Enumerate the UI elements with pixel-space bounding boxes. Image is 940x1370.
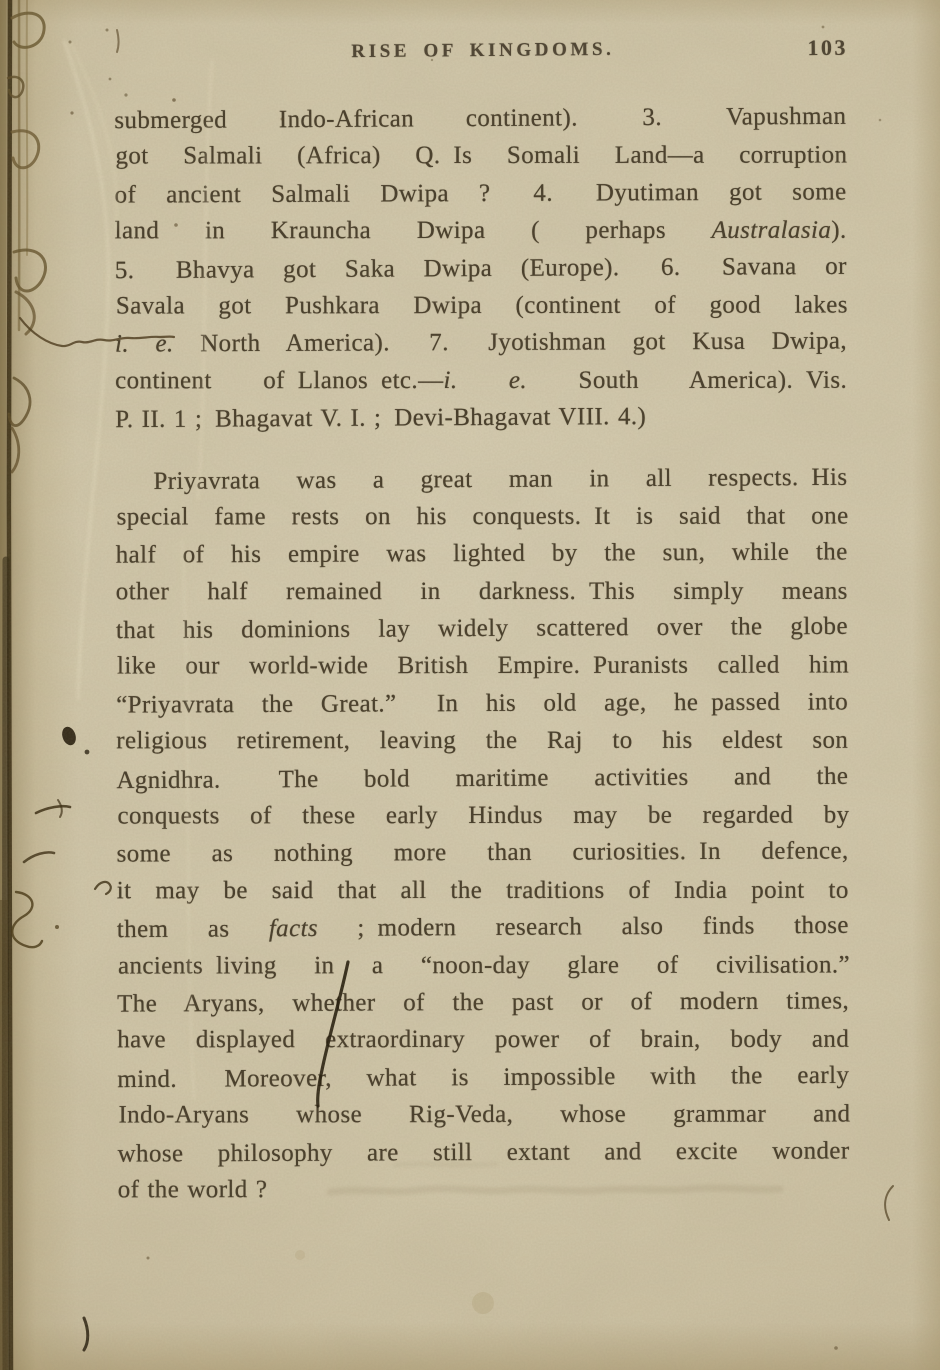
page-header: RISE OF KINGDOMS. 103 bbox=[118, 37, 848, 83]
text-segment: Indo-Aryans whose Rig-Veda, whose gramma… bbox=[118, 1101, 850, 1129]
text-line: got Salmali (Africa) Q. Is Somali Land—a… bbox=[115, 137, 847, 175]
text-segment: continent of Llanos etc.— bbox=[115, 367, 443, 394]
text-line: i. e. North America). 7. Jyotishman got … bbox=[115, 323, 847, 364]
text-line: of the world ? bbox=[118, 1171, 850, 1209]
text-segment: got Salmali (Africa) Q. Is Somali Land—a… bbox=[115, 142, 847, 170]
text-segment: conquests of these early Hindus may be r… bbox=[117, 802, 849, 830]
italic-text-segment: i. e. bbox=[115, 331, 174, 358]
text-segment: that his dominions lay widely scattered … bbox=[116, 613, 848, 644]
text-line: them as facts ; modern research also fin… bbox=[117, 907, 849, 949]
text-segment: The Aryans, whether of the past or of mo… bbox=[117, 987, 849, 1017]
text-line: continent of Llanos etc.—i. e. South Ame… bbox=[115, 361, 847, 399]
text-line: submerged Indo-African continent). 3. Va… bbox=[114, 98, 846, 140]
text-segment: them as bbox=[117, 915, 269, 943]
text-line: other half remained in darkness. This si… bbox=[116, 572, 848, 610]
page-number: 103 bbox=[807, 35, 848, 61]
text-segment: Priyavrata was a great man in all respec… bbox=[153, 463, 847, 494]
text-line: 5. Bhavya got Saka Dwipa (Europe). 6. Sa… bbox=[115, 247, 847, 289]
text-line: “Priyavrata the Great.” In his old age, … bbox=[116, 683, 848, 724]
paragraph: Priyavrata was a great man in all respec… bbox=[115, 459, 849, 1209]
text-segment: other half remained in darkness. This si… bbox=[116, 577, 848, 605]
text-line: have displayed extraordinary power of br… bbox=[117, 1021, 849, 1059]
text-line: Priyavrata was a great man in all respec… bbox=[115, 458, 847, 500]
text-segment: P. II. 1 ; Bhagavat V. I. ; Devi-Bhagava… bbox=[115, 403, 646, 433]
text-line: half of his empire was lighted by the su… bbox=[116, 534, 848, 575]
text-segment: have displayed extraordinary power of br… bbox=[117, 1026, 849, 1054]
margin-dash-marks bbox=[24, 800, 111, 894]
binding-threads bbox=[0, 0, 46, 1370]
italic-text-segment: i. e. bbox=[443, 367, 527, 394]
text-line: land in Krauncha Dwipa ( perhaps Austral… bbox=[115, 212, 847, 250]
paper-stain bbox=[472, 1292, 494, 1314]
text-segment: mind. Moreover, what is impossible with … bbox=[117, 1062, 849, 1093]
text-segment: ancients living in a “noon-day glare of … bbox=[118, 951, 850, 979]
text-line: The Aryans, whether of the past or of mo… bbox=[117, 982, 849, 1023]
italic-text-segment: Australasia bbox=[712, 217, 832, 244]
text-segment: ; modern research also finds those bbox=[318, 912, 849, 942]
text-segment: Savala got Pushkara Dwipa (continent of … bbox=[116, 291, 848, 319]
text-segment: of the world ? bbox=[118, 1176, 268, 1203]
text-line: conquests of these early Hindus may be r… bbox=[117, 797, 849, 835]
text-segment: religious retirement, leaving the Raj to… bbox=[116, 727, 848, 755]
text-segment: some as nothing more than curiosities. I… bbox=[117, 838, 849, 868]
text-line: of ancient Salmali Dwipa ? 4. Dyutiman g… bbox=[114, 173, 846, 214]
text-line: Savala got Pushkara Dwipa (continent of … bbox=[116, 286, 848, 324]
text-segment: submerged Indo-African continent). 3. Va… bbox=[114, 103, 846, 134]
text-line: whose philosophy are still extant and ex… bbox=[117, 1132, 849, 1173]
text-line: like our world-wide British Empire. Pura… bbox=[117, 647, 849, 685]
bottom-apostrophe-mark bbox=[84, 1318, 88, 1350]
text-line: P. II. 1 ; Bhagavat V. I. ; Devi-Bhagava… bbox=[115, 397, 847, 439]
text-line: ancients living in a “noon-day glare of … bbox=[118, 946, 850, 984]
text-line: special fame rests on his conquests. It … bbox=[117, 497, 849, 535]
text-line: that his dominions lay widely scattered … bbox=[116, 608, 848, 650]
text-segment: 5. Bhavya got Saka Dwipa (Europe). 6. Sa… bbox=[115, 252, 847, 283]
running-title: RISE OF KINGDOMS. bbox=[118, 37, 848, 65]
right-pen-curve-mark bbox=[885, 1186, 893, 1220]
text-segment: half of his empire was lighted by the su… bbox=[116, 539, 848, 569]
text-segment: special fame rests on his conquests. It … bbox=[117, 502, 849, 530]
text-line: Indo-Aryans whose Rig-Veda, whose gramma… bbox=[118, 1096, 850, 1134]
page-text: submerged Indo-African continent). 3. Va… bbox=[114, 99, 849, 1210]
book-page-scan: RISE OF KINGDOMS. 103 submerged Indo-Afr… bbox=[0, 0, 940, 1370]
text-line: Agnidhra. The bold maritime activities a… bbox=[116, 757, 848, 799]
text-segment: South America). Vis. bbox=[527, 366, 847, 393]
text-line: it may be said that all the traditions o… bbox=[117, 872, 849, 910]
text-line: some as nothing more than curiosities. I… bbox=[117, 833, 849, 874]
text-segment: like our world-wide British Empire. Pura… bbox=[117, 652, 849, 680]
text-segment: “Priyavrata the Great.” In his old age, … bbox=[116, 688, 848, 718]
ink-blob-mark bbox=[60, 725, 78, 747]
text-segment: land in Krauncha Dwipa ( perhaps bbox=[115, 217, 712, 244]
text-line: religious retirement, leaving the Raj to… bbox=[116, 722, 848, 760]
text-segment: North America). 7. Jyotishman got Kusa D… bbox=[174, 328, 847, 358]
italic-text-segment: facts bbox=[269, 915, 318, 942]
text-segment: ). bbox=[831, 217, 846, 244]
text-segment: whose philosophy are still extant and ex… bbox=[118, 1137, 850, 1167]
text-segment: it may be said that all the traditions o… bbox=[117, 877, 849, 905]
s-flourish-mark bbox=[12, 892, 42, 947]
text-segment: Agnidhra. The bold maritime activities a… bbox=[116, 762, 848, 793]
text-segment: of ancient Salmali Dwipa ? 4. Dyutiman g… bbox=[114, 178, 846, 208]
paragraph: submerged Indo-African continent). 3. Va… bbox=[114, 99, 847, 438]
text-line: mind. Moreover, what is impossible with … bbox=[117, 1057, 849, 1099]
